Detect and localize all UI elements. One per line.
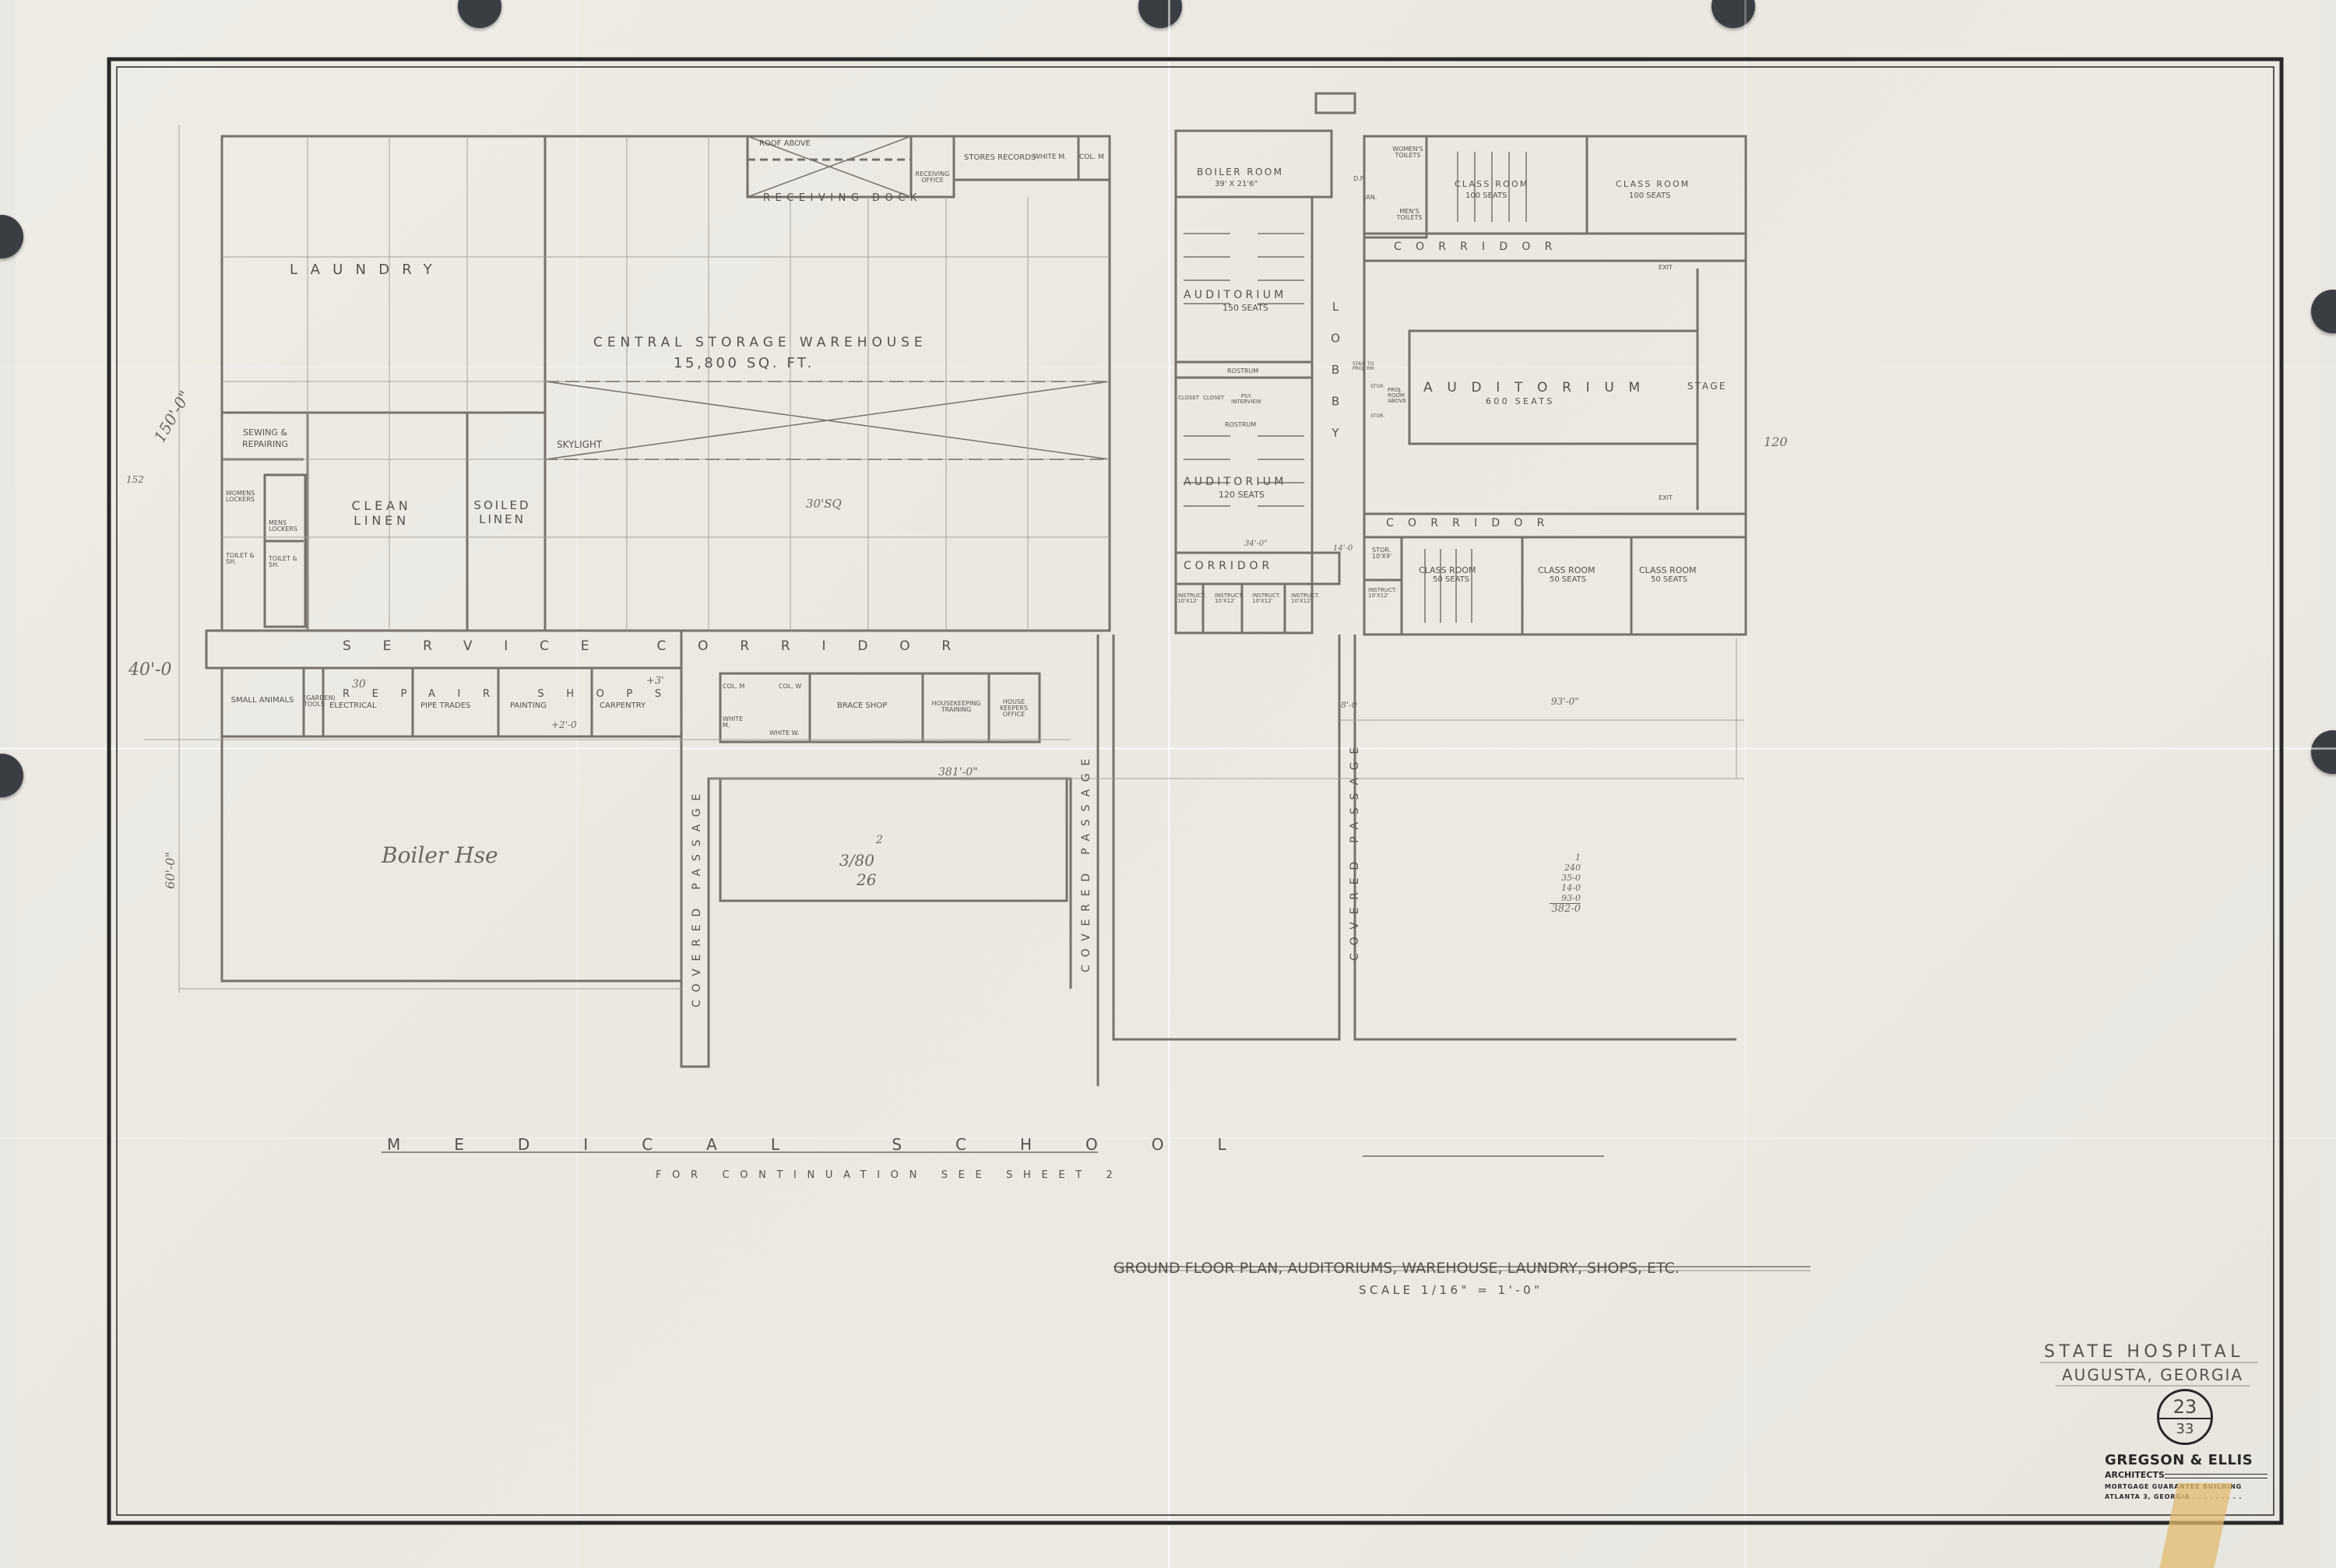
- classroom-100b-seats: 100 SEATS: [1629, 192, 1670, 200]
- proj-room-label: PROJ. ROOM ABOVE: [1388, 388, 1411, 404]
- sum-calculation: 1 240 35-0 14-0 93-0 382-0: [1550, 853, 1581, 914]
- sum-line: 240: [1550, 863, 1581, 873]
- room-auditorium-120: AUDITORIUM: [1184, 476, 1287, 487]
- room-service-corridor: SERVICE CORRIDOR: [343, 640, 983, 653]
- room-classroom-100b: CLASS ROOM: [1616, 180, 1690, 188]
- room-mens-lockers: MENS LOCKERS: [269, 520, 303, 533]
- room-white-m-2: WHITE M.: [723, 716, 740, 729]
- room-clean-linen: CLEAN LINEN: [343, 498, 420, 528]
- dim-120: 120: [1764, 436, 1788, 448]
- covered-passage-1: COVERED PASSAGE: [691, 786, 702, 1007]
- room-closet-2: CLOSET: [1203, 396, 1224, 401]
- room-garden-tools: (GARDEN) TOOLS: [304, 695, 324, 708]
- room-toilet-1: TOILET & SH.: [226, 553, 257, 565]
- room-soiled-linen: SOILED LINEN: [471, 498, 533, 526]
- dim-8: 8'-0: [1341, 701, 1357, 709]
- room-white-w: WHITE W.: [769, 730, 799, 737]
- room-womens-lockers: WOMENS LOCKERS: [226, 490, 265, 503]
- stair-to-proj-label: STAIR TO PROJ. RM.: [1353, 362, 1376, 371]
- exit-label-2: EXIT: [1659, 495, 1673, 501]
- room-repair-shops: REPAIR SHOPS: [343, 689, 684, 699]
- stor-a-label: STOR.: [1370, 385, 1384, 389]
- floor-plan-drawing: [0, 0, 2336, 1568]
- sum-total: 382-0: [1550, 904, 1581, 914]
- warehouse-laundry-outline: [222, 136, 1110, 631]
- room-instruct-4: INSTRUCT. 10'X12': [1291, 593, 1322, 604]
- room-housekeeping-training: HOUSEKEEPING TRAINING: [925, 701, 987, 713]
- room-corridor-upper: CORRIDOR: [1394, 241, 1567, 252]
- dim-34: 34'-0": [1244, 540, 1268, 548]
- auditorium-150-seats: 150 SEATS: [1223, 304, 1268, 312]
- df-label: D.F.: [1353, 176, 1365, 182]
- boiler-note: Boiler Hse: [382, 845, 498, 867]
- project-name: STATE HOSPITAL: [2044, 1344, 2244, 1361]
- exit-label-1: EXIT: [1659, 265, 1673, 271]
- firm-role-rule: [2165, 1474, 2267, 1478]
- room-instruct-2: INSTRUCT. 10'X12': [1215, 593, 1246, 604]
- sheet-total: 33: [2159, 1421, 2211, 1437]
- room-lobby: LOBBY: [1329, 300, 1341, 458]
- room-psy-interview: PSY. INTERVIEW: [1229, 394, 1264, 405]
- classroom-50c-seats: 50 SEATS: [1651, 576, 1687, 584]
- room-electrical: ELECTRICAL: [329, 702, 377, 710]
- sum-line: 35-0: [1550, 873, 1581, 883]
- firm-role: ARCHITECTS: [2105, 1470, 2165, 1480]
- sum-line: 14-0: [1550, 883, 1581, 893]
- sheet-border: [109, 59, 2281, 1523]
- calc-frac-top: 2: [876, 835, 883, 846]
- room-closet-1: CLOSET: [1178, 396, 1199, 401]
- room-corridor-left: CORRIDOR: [1184, 561, 1273, 571]
- dim-93: 93'-0": [1551, 697, 1579, 706]
- room-brace-shop: BRACE SHOP: [837, 702, 887, 710]
- warehouse-area: 15,800 SQ. FT.: [674, 357, 814, 371]
- dim-381: 381'-0": [938, 767, 978, 778]
- room-painting: PAINTING: [510, 702, 547, 710]
- auditorium-600-seats: 600 SEATS: [1486, 397, 1555, 406]
- room-classroom-100a: CLASS ROOM: [1455, 180, 1529, 188]
- dim-152: 152: [126, 475, 144, 484]
- room-stores-records: STORES RECORDS: [964, 154, 1036, 162]
- shop-note-2: +2'-0: [551, 720, 577, 730]
- project-location: AUGUSTA, GEORGIA: [2062, 1367, 2243, 1383]
- classroom-50a-seats: 50 SEATS: [1433, 576, 1469, 584]
- skylight-label: SKYLIGHT: [557, 440, 602, 449]
- room-boiler: BOILER ROOM: [1197, 167, 1283, 177]
- room-warehouse: CENTRAL STORAGE WAREHOUSE: [593, 336, 927, 350]
- firm-name: GREGSON & ELLIS: [2105, 1452, 2253, 1468]
- room-stage: STAGE: [1687, 381, 1727, 391]
- covered-passage-2: COVERED PASSAGE: [1081, 751, 1092, 972]
- calc-frac: 3/80: [839, 853, 874, 868]
- room-housekeepers-office: HOUSE KEEPERS OFFICE: [990, 699, 1037, 718]
- covered-passage-3: COVERED PASSAGE: [1349, 740, 1360, 961]
- room-womens-toilets: WOMEN'S TOILETS: [1391, 146, 1425, 159]
- warehouse-note: 30'SQ: [806, 498, 842, 510]
- room-rostrum-1: ROSTRUM: [1227, 368, 1258, 374]
- dim-14: 14'-0: [1333, 545, 1353, 553]
- elec-note: 30: [352, 679, 366, 690]
- sheet-title: GROUND FLOOR PLAN, AUDITORIUMS, WAREHOUS…: [1113, 1261, 1680, 1276]
- room-classroom-50a: CLASS ROOM: [1419, 566, 1476, 575]
- room-toilet-2: TOILET & SH.: [269, 556, 300, 568]
- room-receiving-dock: RECEIVING DOCK: [763, 193, 922, 203]
- jan-label: JAN.: [1364, 195, 1377, 201]
- classroom-100a-seats: 100 SEATS: [1465, 192, 1507, 200]
- room-instruct-1: INSTRUCT. 10'X12': [1177, 593, 1208, 604]
- sheet-number: 23: [2159, 1396, 2211, 1418]
- sheet-scale: SCALE 1/16" = 1'-0": [1359, 1285, 1543, 1296]
- sum-line: 93-0: [1550, 893, 1581, 904]
- room-carpentry: CARPENTRY: [600, 702, 646, 710]
- sum-line: 1: [1550, 853, 1581, 863]
- room-laundry: LAUNDRY: [290, 263, 445, 277]
- roof-above-label: ROOF ABOVE: [759, 140, 811, 148]
- room-auditorium-150: AUDITORIUM: [1184, 290, 1287, 301]
- room-rostrum-2: ROSTRUM: [1225, 422, 1256, 428]
- room-instruct-5: INSTRUCT. 10'X12': [1368, 588, 1399, 599]
- room-col-w: COL. W: [779, 684, 801, 690]
- calc-frac-bot: 26: [857, 872, 876, 888]
- classroom-50b-seats: 50 SEATS: [1550, 576, 1586, 584]
- sheet-number-badge: 23 33: [2157, 1389, 2213, 1445]
- dim-60: 60'-0": [164, 852, 177, 889]
- room-classroom-50b: CLASS ROOM: [1538, 566, 1595, 575]
- room-receiving-office: RECEIVING OFFICE: [915, 171, 950, 184]
- dim-40: 40'-0: [128, 662, 171, 679]
- room-corridor-lower: CORRIDOR: [1386, 518, 1559, 529]
- stor-b-label: STOR.: [1370, 414, 1384, 419]
- room-col-m: COL. M: [1079, 154, 1104, 161]
- room-auditorium-600: AUDITORIUM: [1423, 381, 1655, 395]
- room-col-m-2: COL. M: [723, 684, 744, 690]
- room-instruct-3: INSTRUCT. 10'X12': [1252, 593, 1283, 604]
- room-white-m: WHITE M.: [1033, 154, 1067, 161]
- room-stor-10x9: STOR. 10'X9': [1372, 547, 1400, 560]
- room-mens-toilets: MEN'S TOILETS: [1394, 209, 1425, 221]
- room-classroom-50c: CLASS ROOM: [1639, 566, 1697, 575]
- room-pipe-trades: PIPE TRADES: [420, 702, 470, 710]
- shop-note-1: +3': [646, 676, 664, 686]
- continuation-note: FOR CONTINUATION SEE SHEET 2: [656, 1170, 1123, 1180]
- boiler-room-dim: 39' X 21'6": [1215, 181, 1258, 188]
- auditorium-120-seats: 120 SEATS: [1219, 490, 1265, 499]
- room-small-animals: SMALL ANIMALS: [227, 697, 297, 705]
- medical-school-label: MEDICAL SCHOOL: [387, 1137, 1280, 1152]
- room-sewing: SEWING & REPAIRING: [232, 427, 298, 451]
